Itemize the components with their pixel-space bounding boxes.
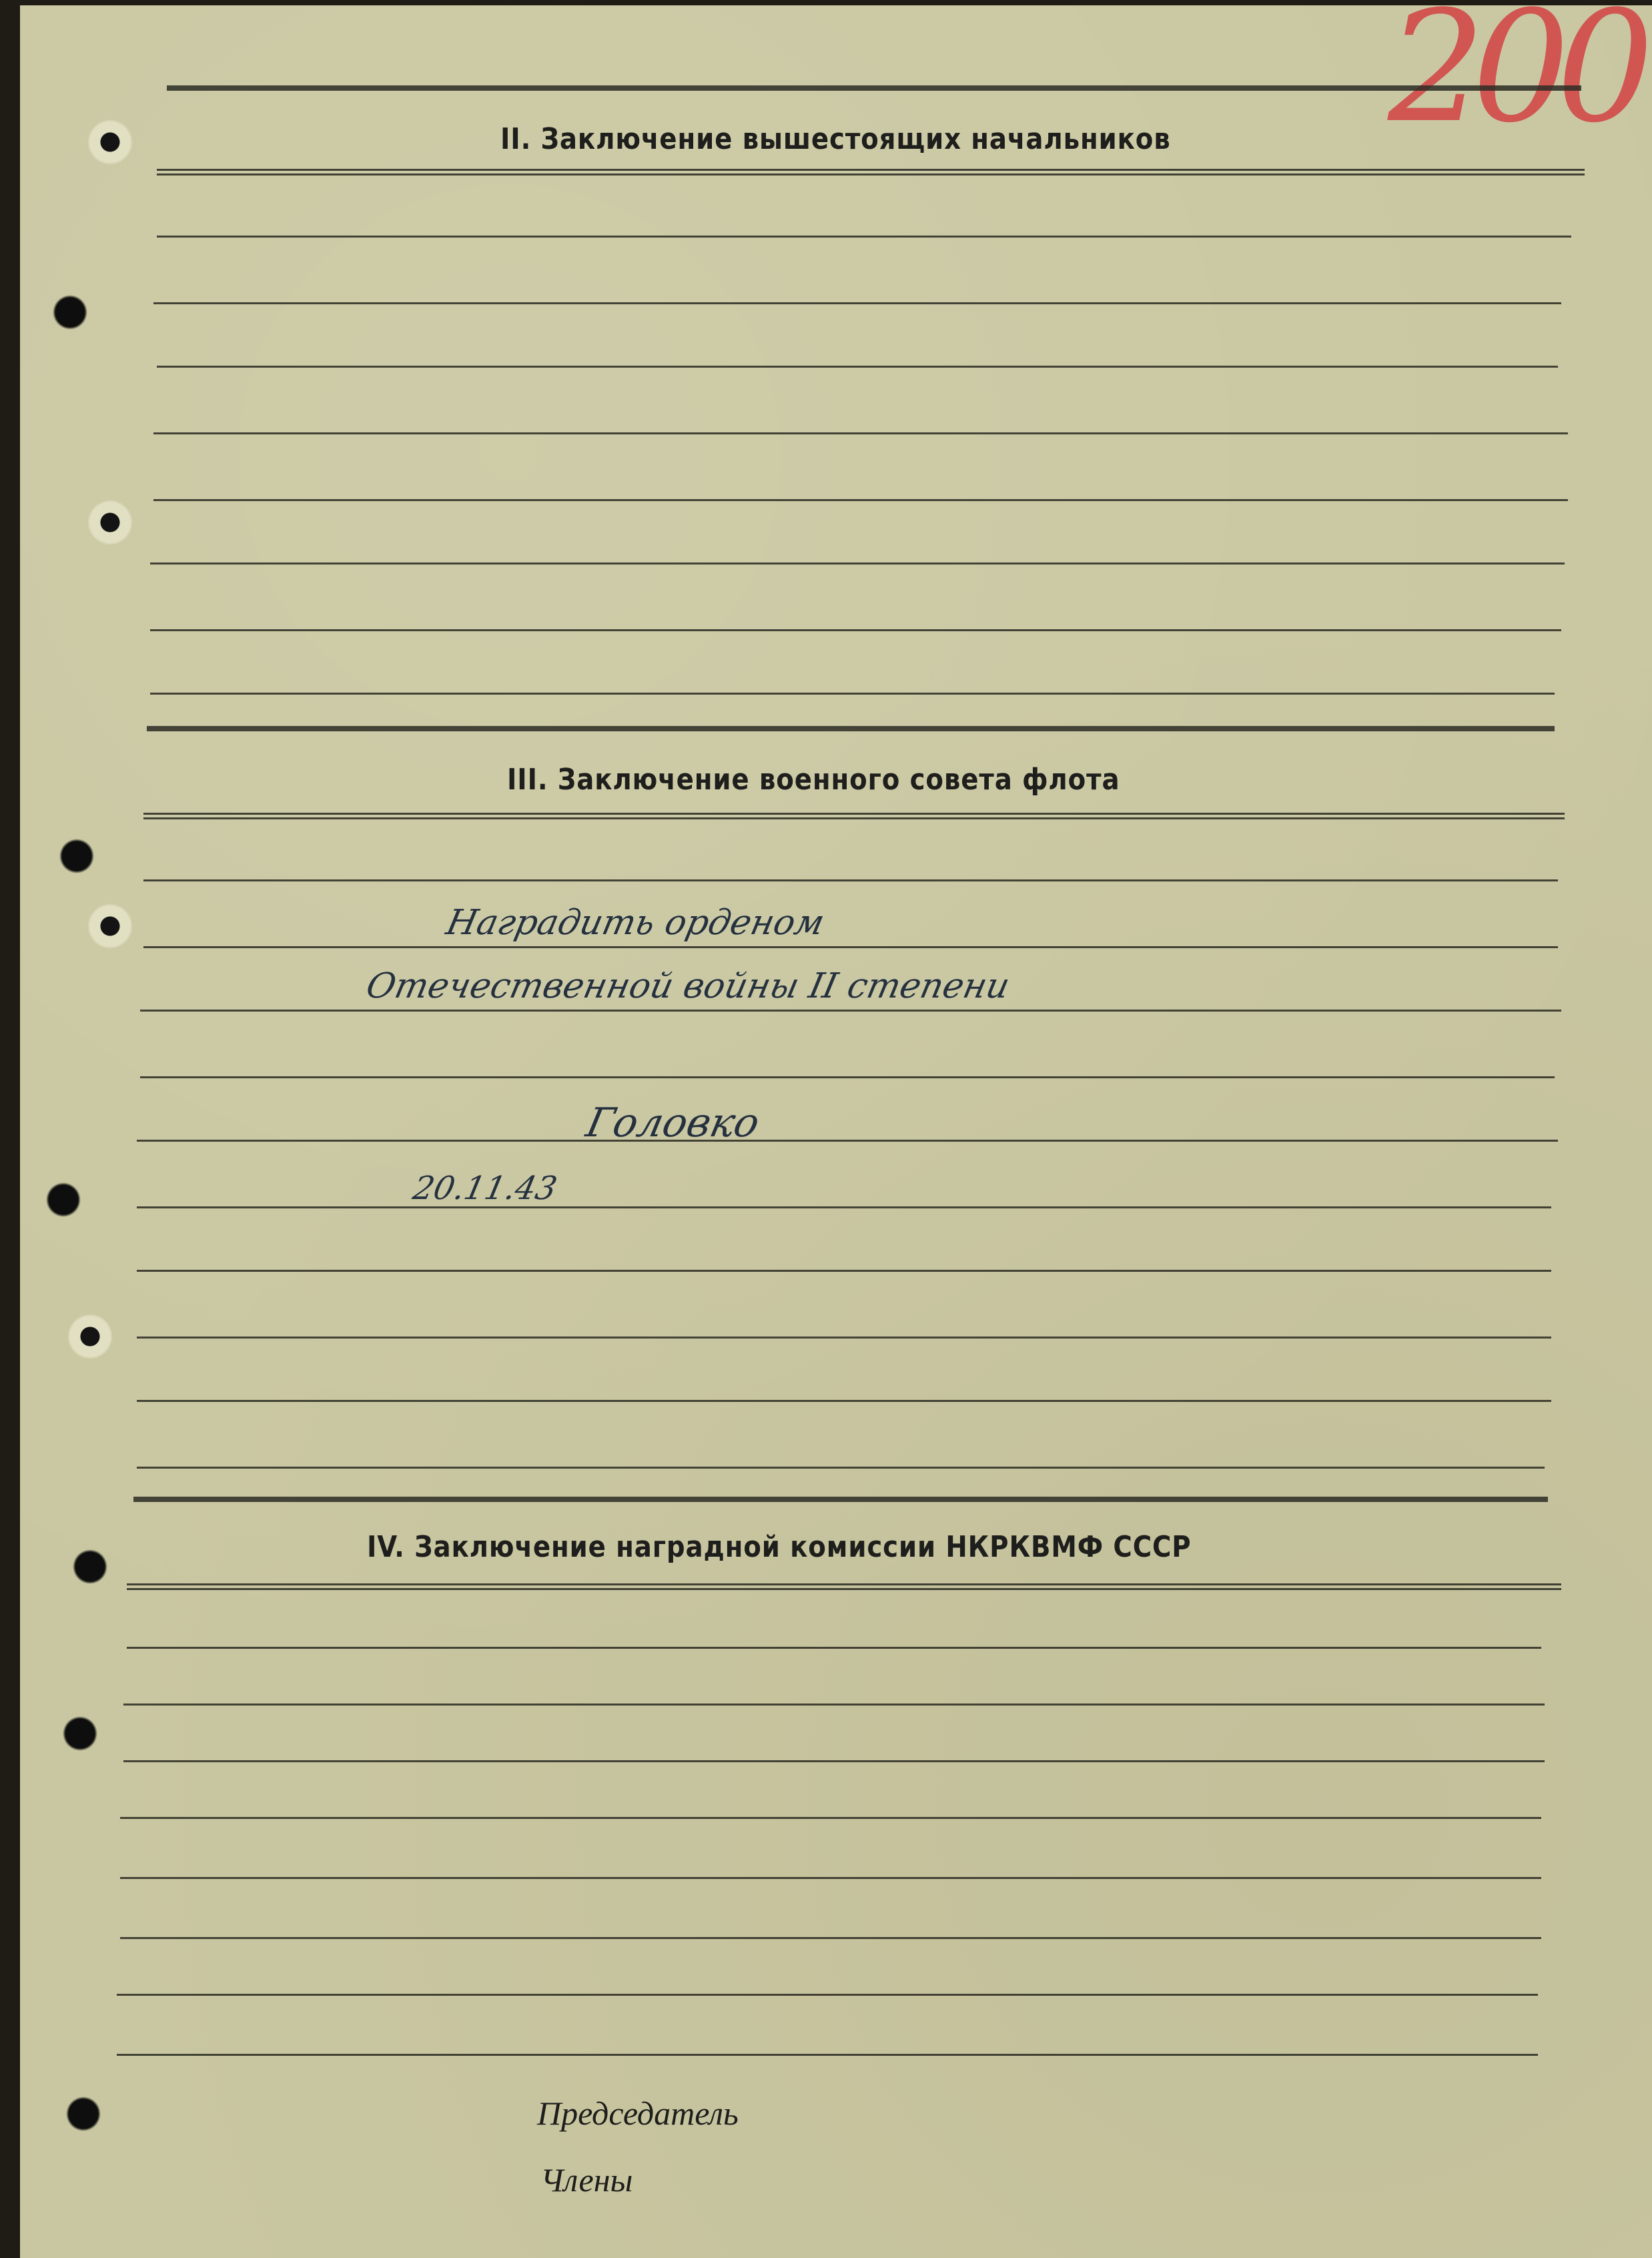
section-ii-title: II. Заключение вышестоящих начальников bbox=[500, 122, 1171, 156]
page-number-annotation: 200 bbox=[1388, 0, 1641, 157]
punch-hole-icon bbox=[87, 499, 133, 546]
punch-hole-icon bbox=[40, 1176, 87, 1223]
punch-hole-icon bbox=[47, 289, 93, 336]
punch-hole-icon bbox=[57, 1710, 103, 1757]
punch-hole-icon bbox=[87, 119, 133, 165]
punch-hole-icon bbox=[60, 2091, 107, 2137]
members-label: Члены bbox=[540, 2161, 633, 2199]
section-iv-title: IV. Заключение наградной комиссии НКРКВМ… bbox=[367, 1530, 1192, 1564]
punch-hole-icon bbox=[67, 1313, 113, 1360]
punch-hole-icon bbox=[67, 1543, 113, 1590]
punch-hole-icon bbox=[53, 833, 100, 879]
section-divider bbox=[147, 726, 1555, 731]
signature-date: 20.11.43 bbox=[410, 1170, 560, 1207]
handwritten-line-2: Отечественной войны II степени bbox=[363, 966, 1013, 1006]
chairman-label: Председатель bbox=[537, 2094, 739, 2133]
section-divider bbox=[133, 1497, 1548, 1502]
document-page: 200 II. Заключение вышестоящих начальник… bbox=[20, 5, 1652, 2258]
punch-hole-icon bbox=[87, 903, 133, 950]
section-divider bbox=[167, 85, 1581, 91]
section-iii-title: III. Заключение военного совета флота bbox=[507, 763, 1120, 797]
handwritten-line-1: Наградить орденом bbox=[443, 903, 828, 943]
signature: Головко bbox=[582, 1100, 764, 1146]
